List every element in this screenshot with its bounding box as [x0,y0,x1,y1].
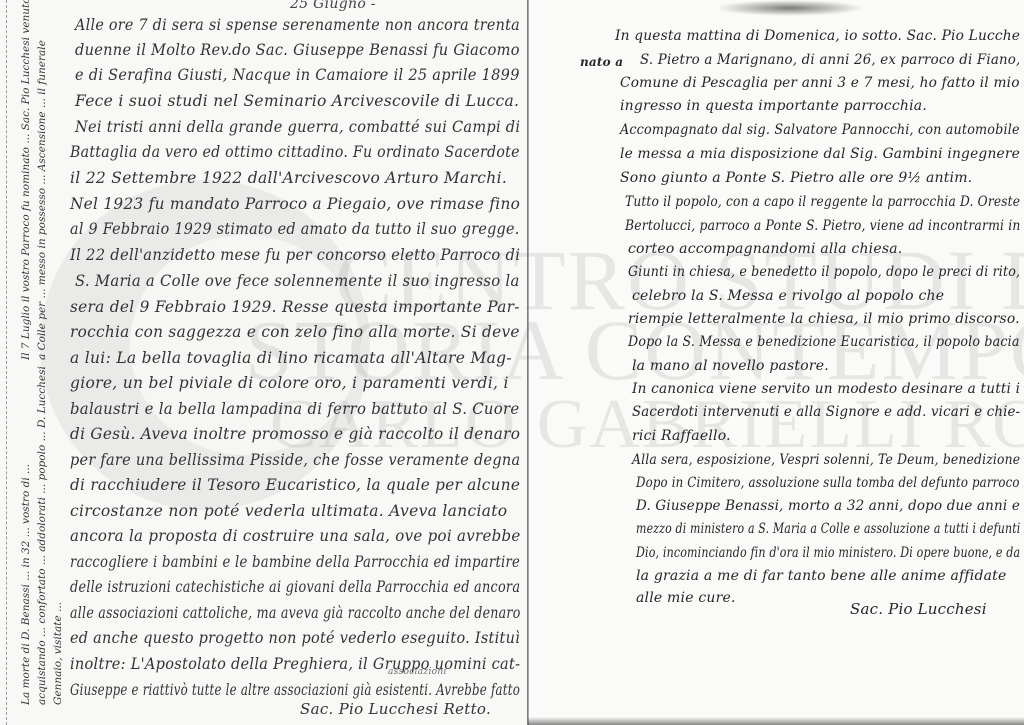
entry-date-heading: 25 Giugno - [290,0,376,12]
text-line: il 22 Settembre 1922 dall'Arcivescovo Ar… [70,169,507,187]
margin-label: nato a [580,55,623,69]
text-line: riempie letteralmente la chiesa, il mio … [628,311,1020,327]
margin-note: acquistando ... confortato ... addolorat… [36,366,48,705]
text-line: Sacerdoti intervenuti e alla Signore e a… [632,404,1020,420]
page-bottom-shadow [528,717,1024,725]
left-margin-notes: Il 7 Luglio il vostro Parroco fu nominat… [6,0,66,725]
margin-note: Il 7 Luglio il vostro Parroco fu nominat… [20,0,32,360]
text-line: balaustri e la bella lampadina di ferro … [70,400,519,418]
text-line: la mano al novello pastore. [632,358,829,374]
margin-note: Gennaio, visitate ... [52,602,64,705]
text-line: Comune di Pescaglia per anni 3 e 7 mesi,… [620,75,1020,91]
text-line: di Gesù. Aveva inoltre promosso e già ra… [70,425,520,443]
text-line: S. Maria a Colle ove fece solennemente i… [75,272,520,290]
text-line: Tutto il popolo, con a capo il reggente … [625,194,1020,210]
text-line: mezzo di ministero a S. Maria a Colle e … [636,521,1020,537]
text-line: ed anche questo progetto non poté vederl… [70,629,520,647]
text-line: le messa a mia disposizione dal Sig. Gam… [620,146,1020,162]
text-line: Battaglia da vero ed ottimo cittadino. F… [70,143,520,161]
text-line: Giuseppe e riattivò tutte le altre assoc… [70,681,520,699]
text-line: Alla sera, esposizione, Vespri solenni, … [632,452,1020,468]
text-line: Accompagnato dal sig. Salvatore Pannocch… [620,122,1020,138]
text-line: Dopo la S. Messa e benedizione Eucaristi… [628,334,1020,350]
text-line: duenne il Molto Rev.do Sac. Giuseppe Ben… [75,41,520,59]
text-line: Fece i suoi studi nel Seminario Arcivesc… [75,92,519,110]
text-line: Sono giunto a Ponte S. Pietro alle ore 9… [620,170,972,186]
text-line: corteo accompagnandomi alla chiesa. [628,241,902,257]
text-line: a lui: La bella tovaglia di lino ricamat… [70,349,512,367]
interline-insertion: associazioni [388,667,447,677]
text-line: In canonica viene servito un modesto des… [632,381,1020,397]
text-line: e di Serafina Giusti, Nacque in Camaiore… [75,66,520,84]
text-line: delle istruzioni catechistiche ai giovan… [70,578,520,596]
signature-left: Sac. Pio Lucchesi Retto. [300,700,491,718]
scan-smudge [715,0,865,16]
text-line: raccogliere i bambini e le bambine della… [70,553,520,571]
text-line: Il 22 dell'anzidetto mese fu per concors… [70,246,520,264]
page-gutter [527,0,529,725]
text-line: la grazia a me di far tanto bene alle an… [636,568,1006,584]
margin-note: La morte di D. Benassi ... in 32 ... vos… [20,464,32,705]
text-line: rocchia con saggezza e con zelo fino all… [70,323,520,341]
text-line: alle mie cure. [636,590,736,606]
text-line: celebro la S. Messa e rivolgo al popolo … [632,288,944,304]
text-line: giore, un bel piviale di colore oro, i p… [70,374,509,392]
text-line: ingresso in questa importante parrocchia… [620,98,927,114]
text-line: sera del 9 Febbraio 1929. Resse questa i… [70,298,520,316]
text-line: S. Pietro a Marignano, di anni 26, ex pa… [640,52,1020,68]
text-line: per fare una bellissima Pisside, che fos… [70,451,520,469]
manuscript-spread: CENTRO STUDI DI STORIA CONTEMPORANEA CAR… [0,0,1024,725]
text-line: ancora la proposta di costruire una sala… [70,527,521,545]
margin-note: a Colle per ... messo in possesso ... As… [36,40,48,360]
text-line: alle associazioni cattoliche, ma aveva g… [70,604,521,622]
text-line: D. Giuseppe Benassi, morto a 32 anni, do… [636,498,1020,514]
text-line: di racchiudere il Tesoro Eucaristico, la… [70,476,520,494]
text-line: Alle ore 7 di sera si spense serenamente… [75,16,520,34]
text-line: In questa mattina di Domenica, io sotto.… [615,28,1020,44]
text-line: inoltre: L'Apostolato della Preghiera, i… [70,655,520,673]
text-line: circostanze non poté vederla ultimata. A… [70,502,507,520]
text-line: rici Raffaello. [632,428,731,444]
text-line: Giunti in chiesa, e benedetto il popolo,… [628,264,1020,280]
signature-right: Sac. Pio Lucchesi [850,600,987,618]
text-line: Nel 1923 fu mandato Parroco a Piegaio, o… [70,195,520,213]
text-line: Nei tristi anni della grande guerra, com… [75,118,520,136]
text-line: al 9 Febbraio 1929 stimato ed amato da t… [70,220,520,238]
text-line: Dopo in Cimitero, assoluzione sulla tomb… [636,475,1020,491]
text-line: Dio, incominciando fin d'ora il mio mini… [636,545,1020,561]
text-line: Bertolucci, parroco a Ponte S. Pietro, v… [625,218,1021,234]
